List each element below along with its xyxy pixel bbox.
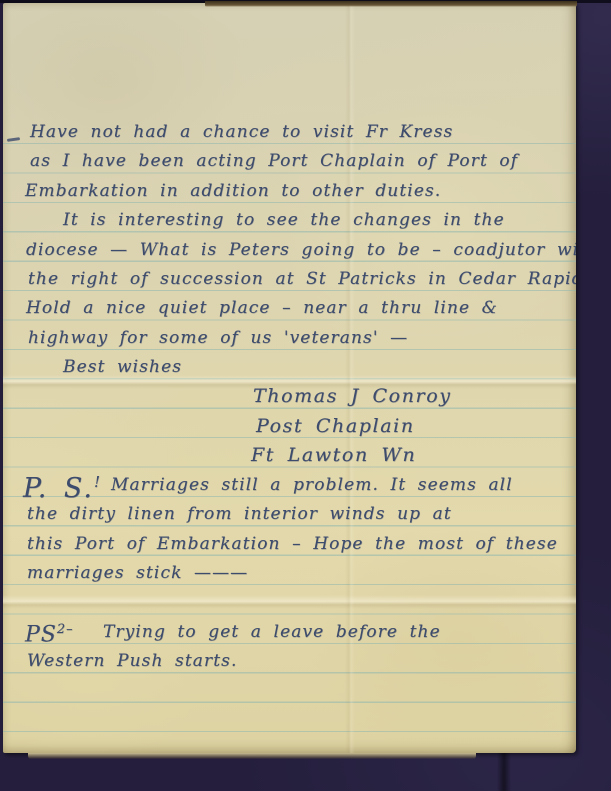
handwritten-line: Best wishes	[63, 355, 182, 379]
ps1-label: P. S.!	[23, 465, 100, 499]
handwritten-line: the dirty linen from interior winds up a…	[27, 502, 452, 526]
handwritten-line: Western Push starts.	[27, 649, 237, 673]
handwritten-line: It is interesting to see the changes in …	[63, 208, 505, 232]
signature-location: Ft Lawton Wn	[251, 443, 416, 467]
background-crease	[497, 750, 511, 791]
ps2-label-text: PS	[25, 622, 57, 647]
handwritten-line: highway for some of us 'veterans' —	[28, 326, 408, 350]
scanned-letter-photo: Have not had a chance to visit Fr Kress …	[0, 0, 611, 791]
under-sheet-edge	[28, 753, 476, 759]
handwritten-line: diocese — What is Peters going to be – c…	[26, 238, 576, 262]
fold-crease-lower	[3, 595, 576, 609]
handwritten-line: Have not had a chance to visit Fr Kress	[30, 120, 453, 144]
handwritten-line: as I have been acting Port Chaplain of P…	[30, 149, 518, 173]
handwritten-line: this Port of Embarkation – Hope the most…	[27, 532, 558, 556]
ps2-label: PS2–	[25, 615, 74, 645]
ps2-label-sup: 2–	[57, 622, 74, 637]
paper-top-edge-shadow	[205, 1, 577, 7]
handwritten-line: Embarkation in addition to other duties.	[25, 179, 441, 203]
ps1-label-mark: !	[94, 473, 100, 491]
handwritten-line: Marriages still a problem. It seems all	[111, 473, 513, 497]
letter-paper: Have not had a chance to visit Fr Kress …	[3, 3, 576, 753]
handwritten-line: marriages stick ———	[27, 561, 248, 585]
handwritten-line: the right of succession at St Patricks i…	[28, 267, 576, 291]
signature-name: Thomas J Conroy	[253, 384, 452, 408]
handwritten-line: Hold a nice quiet place – near a thru li…	[26, 296, 498, 320]
handwritten-line: Trying to get a leave before the	[103, 620, 441, 644]
ps1-label-text: P. S.	[23, 473, 94, 504]
signature-title: Post Chaplain	[256, 414, 415, 438]
